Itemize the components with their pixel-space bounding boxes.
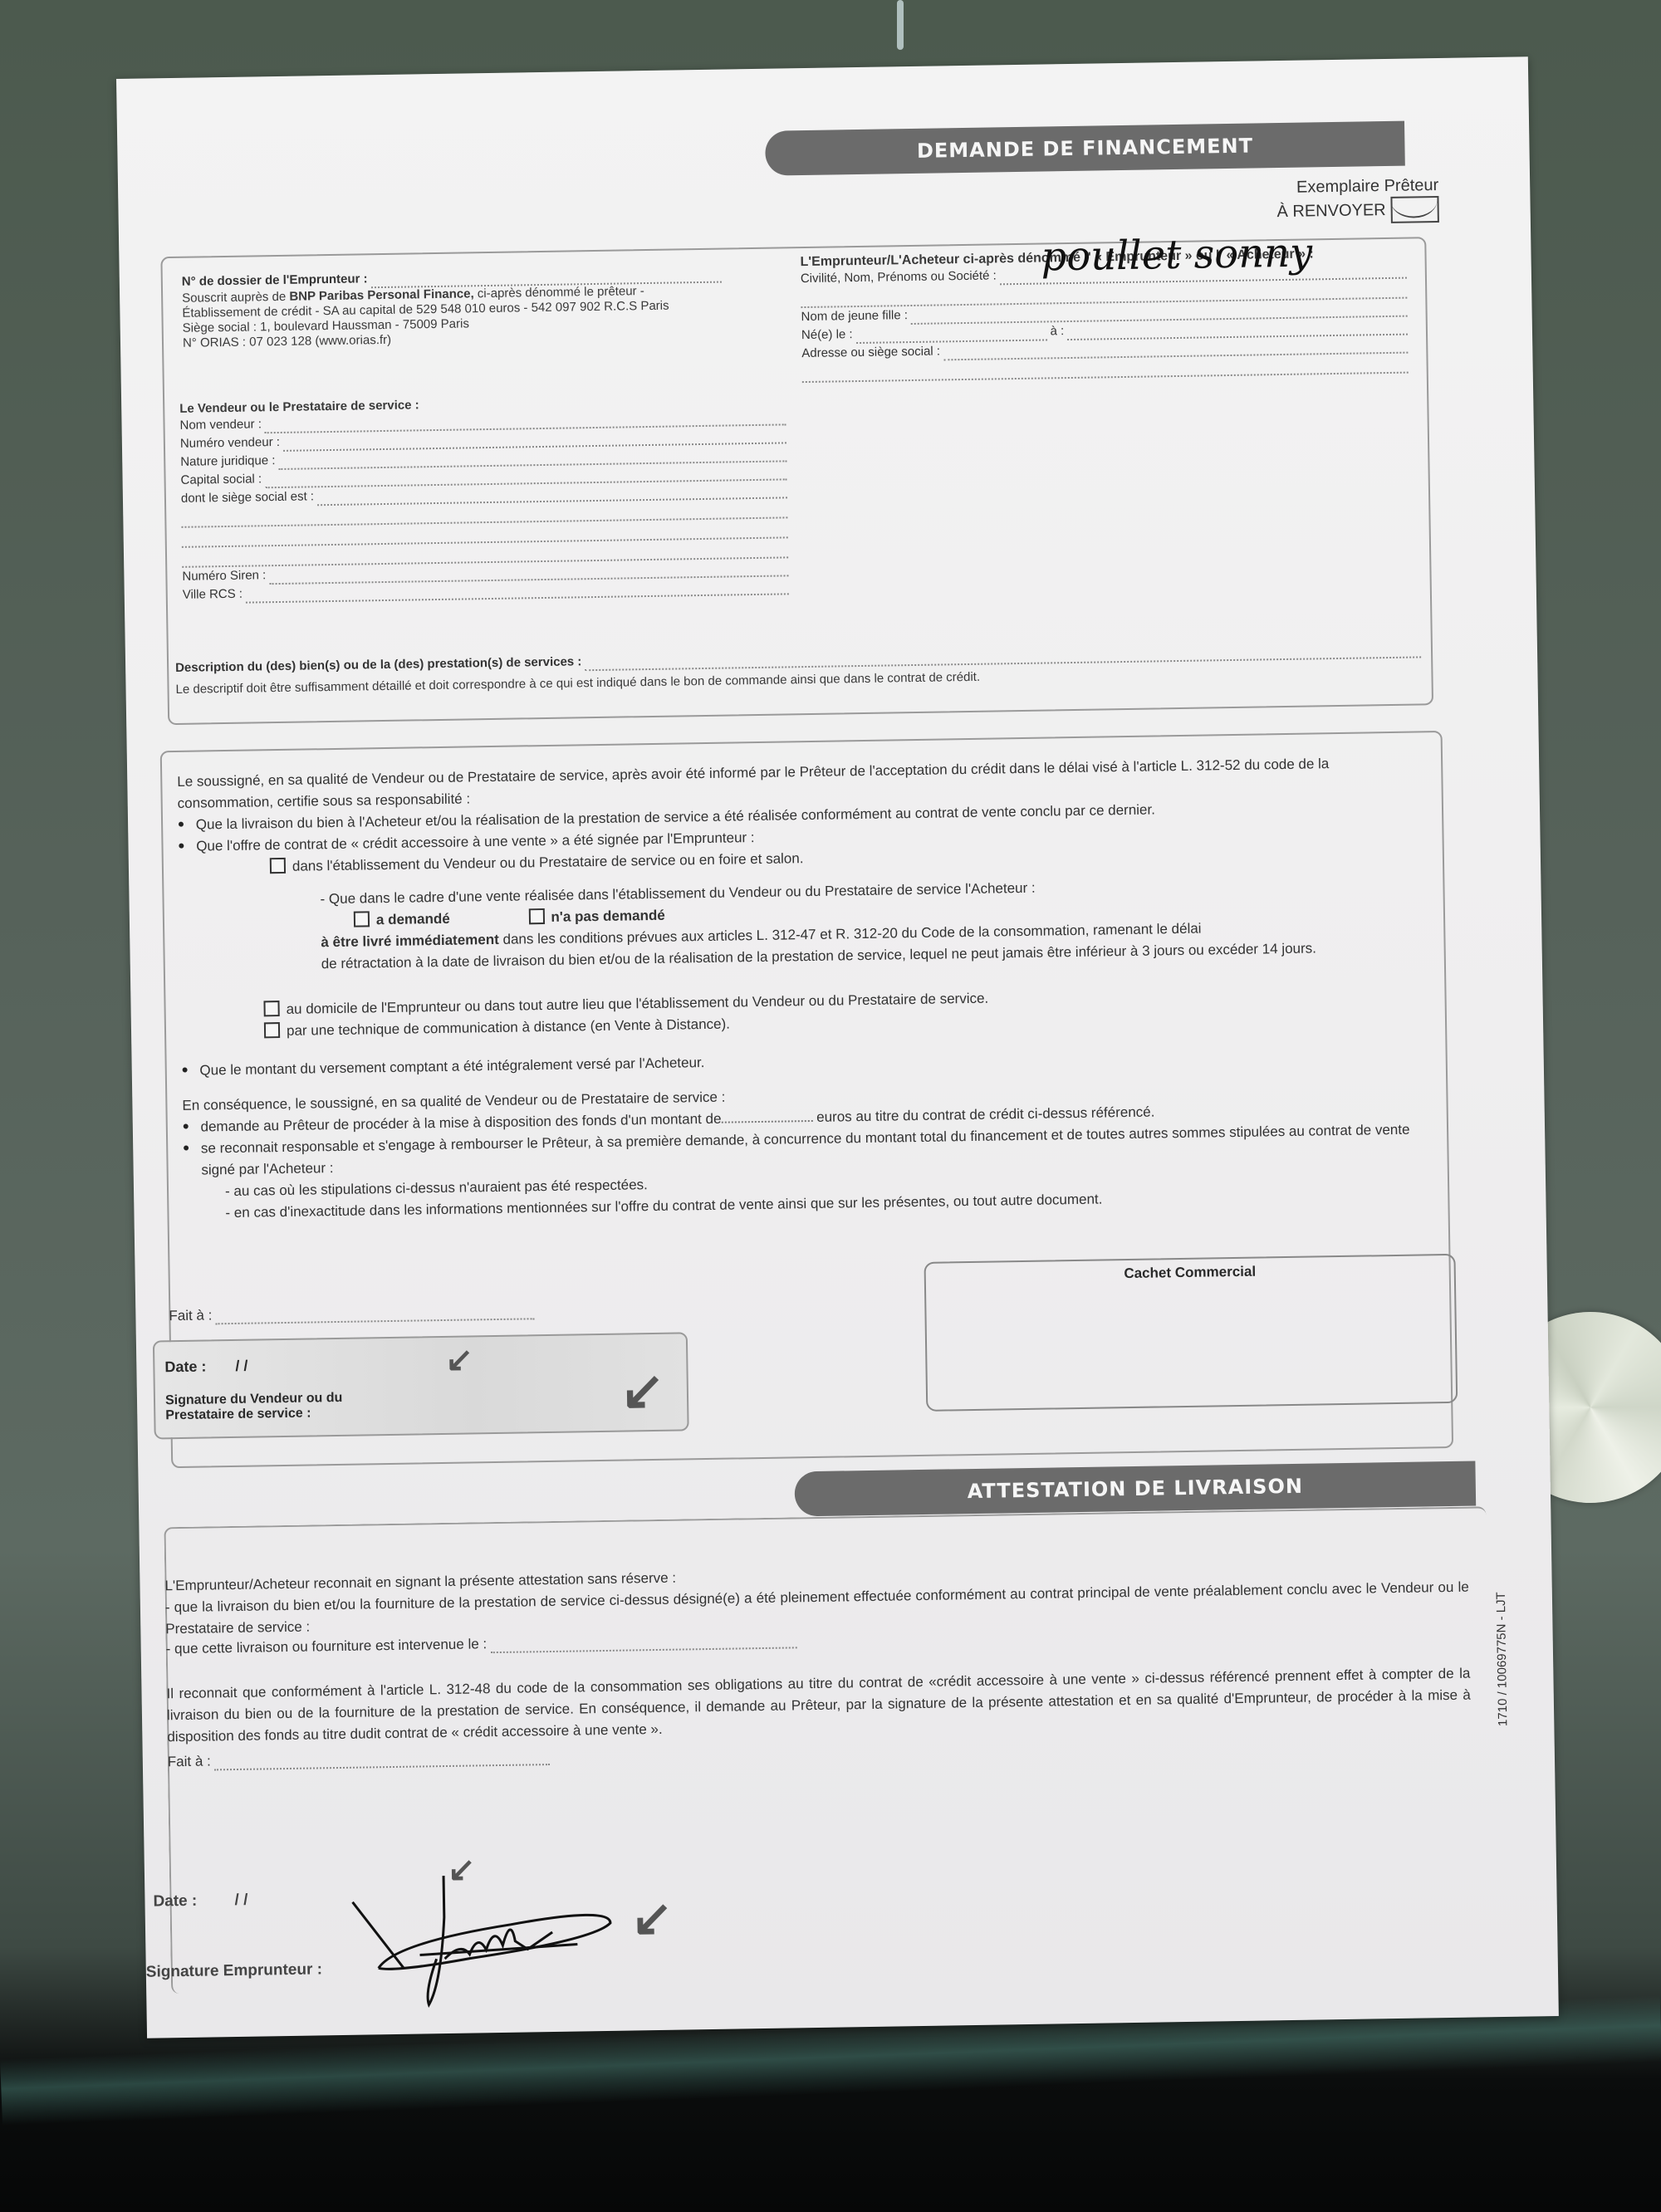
borrower-date-label: Date : [153, 1892, 197, 1911]
checkbox-in-store[interactable] [270, 858, 286, 874]
copy-label: Exemplaire Prêteur [1276, 174, 1439, 198]
birth-date-label: Né(e) le : [801, 325, 853, 345]
vendor-signature-label: Signature du Vendeur ou du Prestataire d… [165, 1390, 382, 1423]
form-title: DEMANDE DE FINANCEMENT [917, 135, 1253, 163]
borrower-date-field[interactable]: / / [234, 1891, 247, 1909]
vendor-date-label: Date : [164, 1358, 206, 1375]
siren-label: Numéro Siren : [182, 566, 266, 586]
maiden-name-label: Nom de jeune fille : [801, 306, 908, 326]
option-in-store-label: dans l'établissement du Vendeur ou du Pr… [292, 850, 804, 874]
birth-place-label: à : [1050, 322, 1064, 340]
rcs-city-label: Ville RCS : [183, 585, 243, 604]
checkbox-requested[interactable] [354, 911, 370, 927]
share-capital-label: Capital social : [180, 470, 262, 490]
buyer-info: L'Emprunteur/L'Acheteur ci-après dénommé… [800, 246, 1408, 383]
head-office-label: dont le siège social est : [181, 487, 314, 508]
delivery-date-label: - que cette livraison ou fourniture est … [166, 1635, 488, 1658]
delivery-date-field[interactable] [490, 1635, 797, 1653]
checkbox-home[interactable] [263, 1001, 279, 1016]
checkbox-not-requested[interactable] [528, 908, 544, 924]
vendor-number-label: Numéro vendeur : [180, 433, 280, 453]
certification-bullet-payment: Que le montant du versement comptant a é… [182, 1041, 1419, 1082]
lender-name: BNP Paribas Personal Finance, [289, 286, 474, 303]
option-not-requested-label: n'a pas demandé [551, 908, 665, 925]
financing-request-form: DEMANDE DE FINANCEMENT Exemplaire Prêteu… [116, 56, 1559, 2038]
option-distance-label: par une technique de communication à dis… [287, 1016, 730, 1039]
lender-line1-suffix: ci-après dénommé le prêteur - [474, 284, 644, 301]
buyer-name-handwritten: poullet sonny [1041, 243, 1312, 266]
attestation-text: L'Emprunteur/Acheteur reconnait en signa… [164, 1532, 1472, 1772]
buyer-name-label: Civilité, Nom, Prénoms ou Société : [801, 267, 997, 288]
commercial-stamp-box[interactable]: Cachet Commercial [924, 1254, 1458, 1412]
vendor-info: Le Vendeur ou le Prestataire de service … [179, 392, 789, 604]
light-reflection [897, 0, 904, 50]
certification-text: Le soussigné, en sa qualité de Vendeur o… [177, 752, 1421, 1225]
borrower-signature-area[interactable]: Date : / / Signature Emprunteur : ↙ ↙ [153, 1855, 737, 2014]
borrower-signature-label: Signature Emprunteur : [146, 1960, 323, 1981]
attestation-title: ATTESTATION DE LIVRAISON [967, 1475, 1303, 1503]
option-requested-label: a demandé [376, 911, 450, 927]
vendor-place-label: Fait à : [169, 1306, 212, 1325]
attestation-paragraph: Il reconnait que conformément à l'articl… [166, 1663, 1471, 1749]
legal-form-label: Nature juridique : [180, 452, 276, 472]
stamp-label: Cachet Commercial [1124, 1264, 1256, 1281]
checkbox-distance[interactable] [264, 1022, 280, 1038]
lender-info: N° de dossier de l'Emprunteur : Souscrit… [182, 265, 723, 351]
bullet-text: Que le montant du versement comptant a é… [199, 1052, 704, 1082]
consequence-text-post: euros au titre du contrat de crédit ci-d… [816, 1104, 1155, 1125]
address-label: Adresse ou siège social : [801, 342, 940, 363]
immediate-delivery-bold: à être livré immédiatement [321, 932, 499, 950]
borrower-signature [344, 1864, 645, 2010]
borrower-place-label: Fait à : [168, 1752, 211, 1771]
sign-here-arrow-icon: ↙ [620, 1359, 665, 1422]
copy-indicator: Exemplaire Prêteur À RENVOYER [1276, 174, 1439, 225]
envelope-icon [1390, 196, 1438, 223]
sign-here-arrow-icon: ↙ [445, 1340, 473, 1379]
return-label: À RENVOYER [1276, 199, 1386, 223]
form-reference: 1710 / 10069775N - LJT [1494, 1592, 1511, 1726]
amount-field[interactable] [722, 1120, 813, 1123]
form-title-banner: DEMANDE DE FINANCEMENT [765, 121, 1405, 176]
vendor-date-field[interactable]: / / [235, 1358, 247, 1374]
lender-line1-prefix: Souscrit auprès de [182, 290, 290, 306]
vendor-signature-box[interactable]: Date : / / Signature du Vendeur ou du Pr… [153, 1332, 689, 1439]
vendor-name-label: Nom vendeur : [179, 415, 262, 435]
